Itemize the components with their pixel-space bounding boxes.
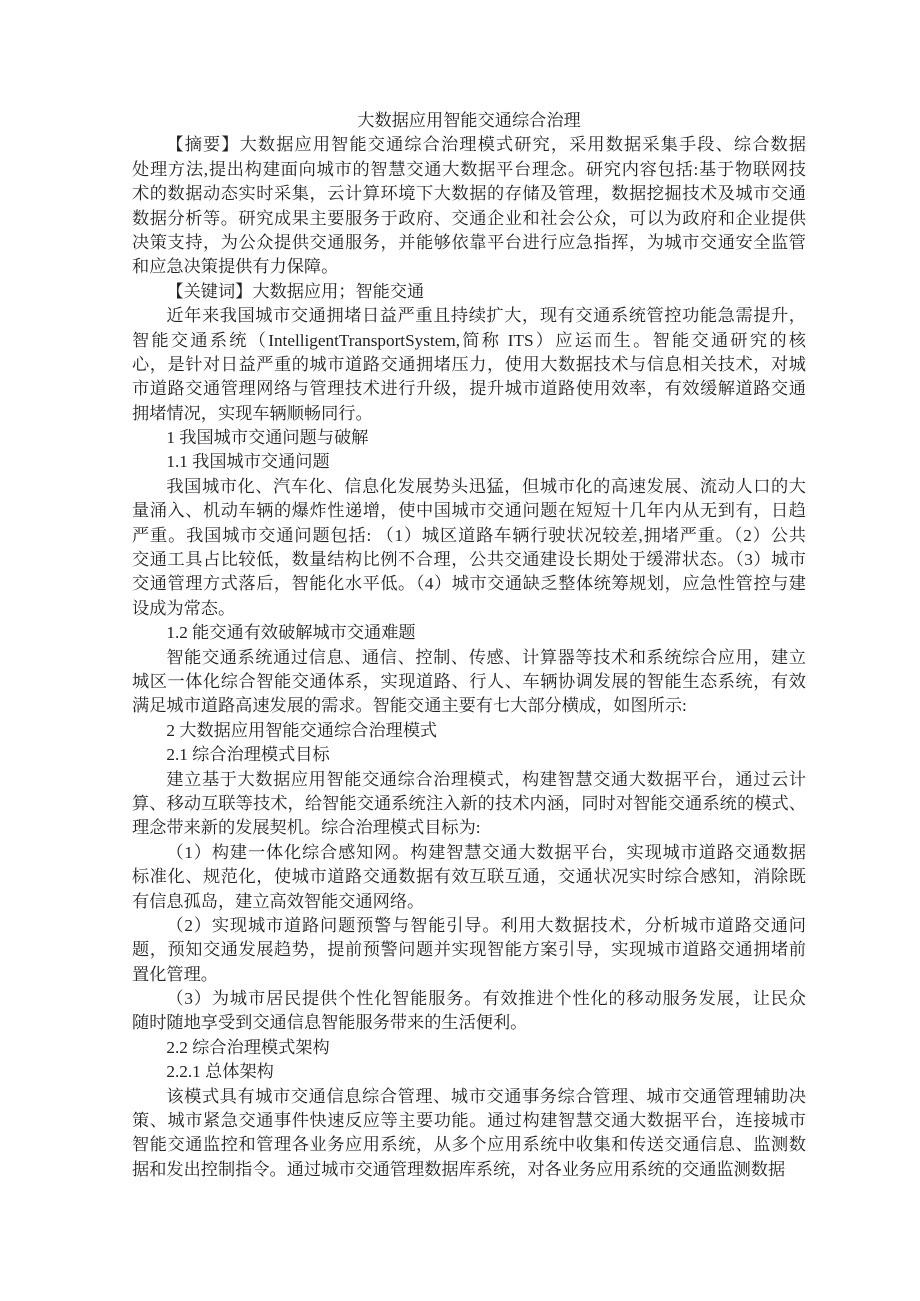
text-line: 2 大数据应用智能交通综合治理模式 xyxy=(132,719,806,743)
section-heading: 2 大数据应用智能交通综合治理模式 xyxy=(132,719,806,743)
text-line: 【关键词】大数据应用；智能交通 xyxy=(132,280,806,304)
document-content: 大数据应用智能交通综合治理【摘要】大数据应用智能交通综合治理模式研究，采用数据采… xyxy=(132,109,806,1182)
text-line: 据和发出控制指令。通过城市交通管理数据库系统，对各业务应用系统的交通监测数据 xyxy=(132,1158,806,1182)
section-heading: 2.2 综合治理模式架构 xyxy=(132,1036,806,1060)
text-line: 1.1 我国城市交通问题 xyxy=(132,450,806,474)
text-line: 数据分析等。研究成果主要服务于政府、交通企业和社会公众，可以为政府和企业提供 xyxy=(132,207,806,231)
text-line: （2）实现城市道路问题预警与智能引导。利用大数据技术，分析城市道路交通问 xyxy=(132,914,806,938)
paragraph: 我国城市化、汽车化、信息化发展势头迅猛，但城市化的高速发展、流动人口的大量涌入、… xyxy=(132,475,806,621)
text-line: 市道路交通管理网络与管理技术进行升级，提升城市道路使用效率，有效缓解道路交通 xyxy=(132,377,806,401)
text-line: 术的数据动态实时采集，云计算环境下大数据的存储及管理，数据挖掘技术及城市交通 xyxy=(132,182,806,206)
text-line: 决策支持，为公众提供交通服务，并能够依靠平台进行应急指挥，为城市交通安全监管 xyxy=(132,231,806,255)
text-line: 城区一体化综合智能交通体系，实现道路、行人、车辆协调发展的智能生态系统，有效 xyxy=(132,670,806,694)
text-line: 2.2.1 总体架构 xyxy=(132,1060,806,1084)
text-line: （1）构建一体化综合感知网。构建智慧交通大数据平台，实现城市道路交通数据 xyxy=(132,841,806,865)
paragraph: 近年来我国城市交通拥堵日益严重且持续扩大，现有交通系统管控功能急需提升，智能交通… xyxy=(132,304,806,426)
text-line: 2.1 综合治理模式目标 xyxy=(132,743,806,767)
text-line: 满足城市道路高速发展的需求。智能交通主要有七大部分横成，如图所示: xyxy=(132,694,806,718)
paragraph: 【关键词】大数据应用；智能交通 xyxy=(132,280,806,304)
text-line: 算、移动互联等技术，给智能交通系统注入新的技术内涵，同时对智能交通系统的模式、 xyxy=(132,792,806,816)
text-line: 交通工具占比较低，数量结构比例不合理，公共交通建设长期处于缓滞状态。（3）城市 xyxy=(132,548,806,572)
text-line: 随时随地享受到交通信息智能服务带来的生活便利。 xyxy=(132,1011,806,1035)
section-heading: 2.1 综合治理模式目标 xyxy=(132,743,806,767)
text-line: 2.2 综合治理模式架构 xyxy=(132,1036,806,1060)
text-line: 拥堵情况，实现车辆顺畅同行。 xyxy=(132,402,806,426)
paragraph: 该模式具有城市交通信息综合管理、城市交通事务综合管理、城市交通管理辅助决策、城市… xyxy=(132,1085,806,1183)
section-heading: 1.1 我国城市交通问题 xyxy=(132,450,806,474)
paragraph: （2）实现城市道路问题预警与智能引导。利用大数据技术，分析城市道路交通问题，预知… xyxy=(132,914,806,987)
paragraph: 智能交通系统通过信息、通信、控制、传感、计算器等技术和系统综合应用，建立城区一体… xyxy=(132,646,806,719)
section-heading: 1.2 能交通有效破解城市交通难题 xyxy=(132,621,806,645)
text-line: 该模式具有城市交通信息综合管理、城市交通事务综合管理、城市交通管理辅助决 xyxy=(132,1085,806,1109)
text-line: 置化管理。 xyxy=(132,963,806,987)
paragraph: 【摘要】大数据应用智能交通综合治理模式研究，采用数据采集手段、综合数据处理方法,… xyxy=(132,133,806,279)
text-line: 题，预知交通发展趋势，提前预警问题并实现智能方案引导，实现城市道路交通拥堵前 xyxy=(132,938,806,962)
text-line: 设成为常态。 xyxy=(132,597,806,621)
text-line: 有信息孤岛，建立高效智能交通网络。 xyxy=(132,890,806,914)
text-line: 【摘要】大数据应用智能交通综合治理模式研究，采用数据采集手段、综合数据 xyxy=(132,133,806,157)
document-title: 大数据应用智能交通综合治理 xyxy=(132,109,806,133)
text-line: 量涌入、机动车辆的爆炸性递增，使中国城市交通问题在短短十几年内从无到有，日趋 xyxy=(132,499,806,523)
text-line: 和应急决策提供有力保障。 xyxy=(132,255,806,279)
text-line: 智能交通系统通过信息、通信、控制、传感、计算器等技术和系统综合应用，建立 xyxy=(132,646,806,670)
text-line: 理念带来新的发展契机。综合治理模式目标为: xyxy=(132,816,806,840)
text-line: 策、城市紧急交通事件快速反应等主要功能。通过构建智慧交通大数据平台，连接城市 xyxy=(132,1109,806,1133)
text-line: 严重。我国城市交通问题包括: （1）城区道路车辆行驶状况较差,拥堵严重。（2）公… xyxy=(132,524,806,548)
text-line: 建立基于大数据应用智能交通综合治理模式，构建智慧交通大数据平台，通过云计 xyxy=(132,768,806,792)
text-line: 心，是针对日益严重的城市道路交通拥堵压力，使用大数据技术与信息相关技术，对城 xyxy=(132,353,806,377)
text-line: 近年来我国城市交通拥堵日益严重且持续扩大，现有交通系统管控功能急需提升， xyxy=(132,304,806,328)
text-line: 交通管理方式落后，智能化水平低。（4）城市交通缺乏整体统筹规划，应急性管控与建 xyxy=(132,572,806,596)
title-text: 大数据应用智能交通综合治理 xyxy=(132,109,806,133)
text-line: 1 我国城市交通问题与破解 xyxy=(132,426,806,450)
paragraph: （3）为城市居民提供个性化智能服务。有效推进个性化的移动服务发展，让民众随时随地… xyxy=(132,987,806,1036)
paragraph: （1）构建一体化综合感知网。构建智慧交通大数据平台，实现城市道路交通数据标准化、… xyxy=(132,841,806,914)
text-line: 1.2 能交通有效破解城市交通难题 xyxy=(132,621,806,645)
text-line: 标准化、规范化，使城市道路交通数据有效互联互通，交通状况实时综合感知，消除既 xyxy=(132,865,806,889)
paragraph: 建立基于大数据应用智能交通综合治理模式，构建智慧交通大数据平台，通过云计算、移动… xyxy=(132,768,806,841)
section-heading: 2.2.1 总体架构 xyxy=(132,1060,806,1084)
section-heading: 1 我国城市交通问题与破解 xyxy=(132,426,806,450)
text-line: 智能交通系统（IntelligentTransportSystem,简称 ITS… xyxy=(132,329,806,353)
document-page: 大数据应用智能交通综合治理【摘要】大数据应用智能交通综合治理模式研究，采用数据采… xyxy=(0,0,920,1301)
text-line: （3）为城市居民提供个性化智能服务。有效推进个性化的移动服务发展，让民众 xyxy=(132,987,806,1011)
text-line: 处理方法,提出构建面向城市的智慧交通大数据平台理念。研究内容包括:基于物联网技 xyxy=(132,158,806,182)
text-line: 我国城市化、汽车化、信息化发展势头迅猛，但城市化的高速发展、流动人口的大 xyxy=(132,475,806,499)
text-line: 智能交通监控和管理各业务应用系统，从多个应用系统中收集和传送交通信息、监测数 xyxy=(132,1133,806,1157)
